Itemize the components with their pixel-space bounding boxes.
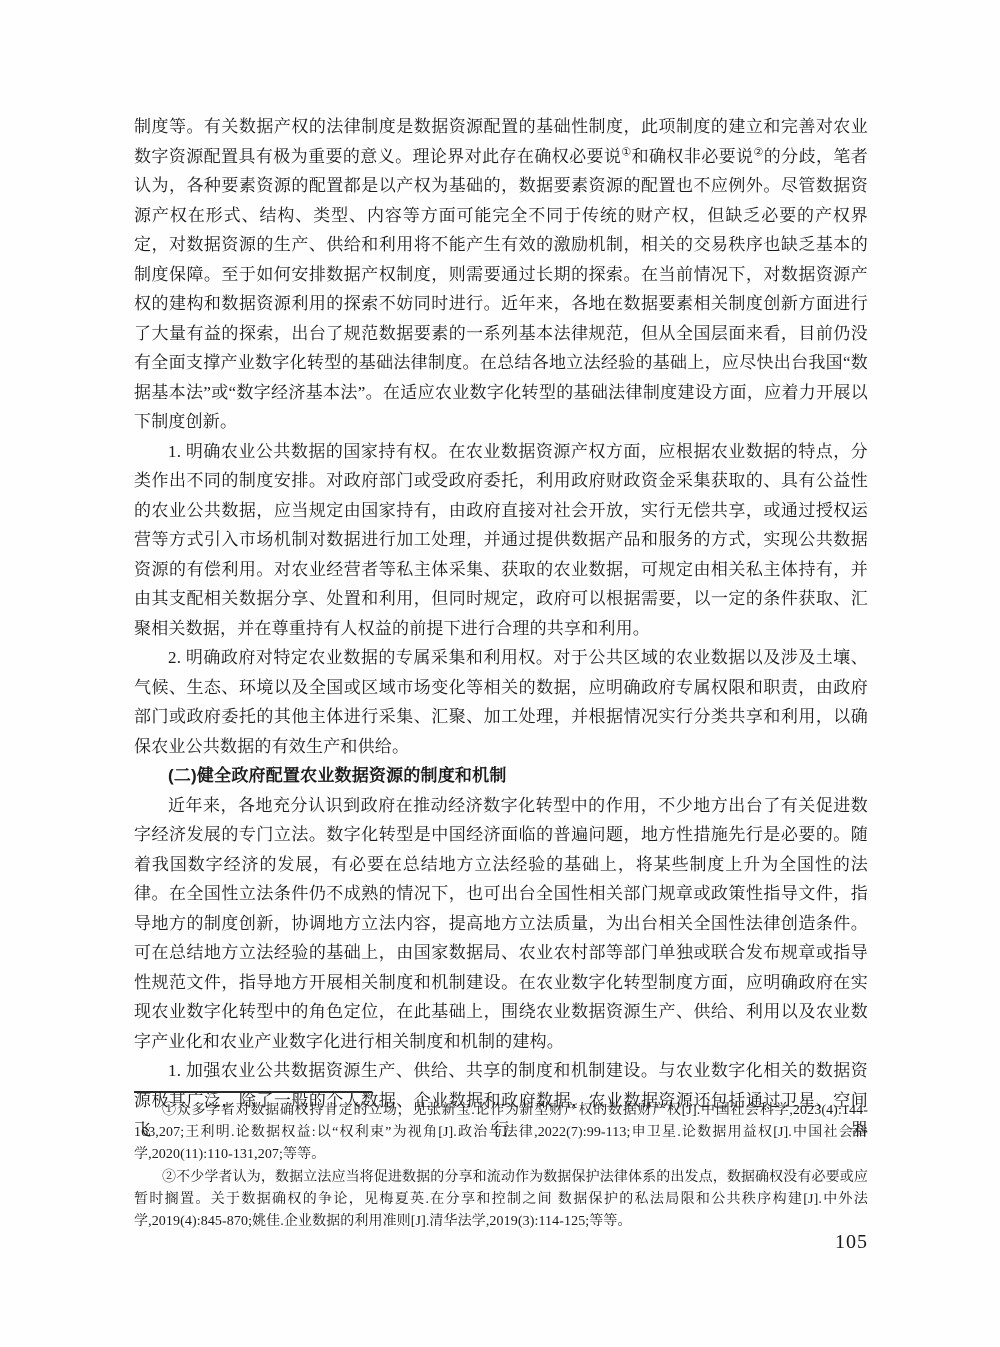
page-number: 105 [134,1231,868,1254]
footnote-2: ②不少学者认为，数据立法应当将促进数据的分享和流动作为数据保护法律体系的出发点，… [134,1167,868,1234]
footnote-marker-1: ① [621,146,631,158]
footnotes-block: ①众多学者对数据确权持肯定的立场，见张新宝.论作为新型财产权的数据财产权[J].… [134,1100,868,1233]
paragraph-text: 和确权非必要说 [632,147,754,166]
body-paragraph-item-2: 2. 明确政府对特定农业数据的专属采集和利用权。对于公共区域的农业数据以及涉及土… [134,643,868,761]
footnote-marker-2: ② [754,146,764,158]
body-paragraph-item-1: 1. 明确农业公共数据的国家持有权。在农业数据资源产权方面，应根据农业数据的特点… [134,437,868,644]
footnote-divider [134,1091,372,1093]
section-heading: (二)健全政府配置农业数据资源的制度和机制 [134,761,868,791]
body-paragraph: 近年来，各地充分认识到政府在推动经济数字化转型中的作用，不少地方出台了有关促进数… [134,791,868,1057]
body-paragraph-continuation: 制度等。有关数据产权的法律制度是数据资源配置的基础性制度，此项制度的建立和完善对… [134,112,868,437]
paragraph-text: 的分歧，笔者认为，各种要素资源的配置都是以产权为基础的，数据要素资源的配置也不应… [134,147,868,432]
main-text-block: 制度等。有关数据产权的法律制度是数据资源配置的基础性制度，此项制度的建立和完善对… [134,112,868,1145]
footnote-1: ①众多学者对数据确权持肯定的立场，见张新宝.论作为新型财产权的数据财产权[J].… [134,1100,868,1167]
paragraph-text: 制度等。有关数据产权的法律制度是数据资源配置的基础性制度，此项制度的建立和完善对… [134,117,868,166]
journal-page: 制度等。有关数据产权的法律制度是数据资源配置的基础性制度，此项制度的建立和完善对… [0,0,1000,1347]
